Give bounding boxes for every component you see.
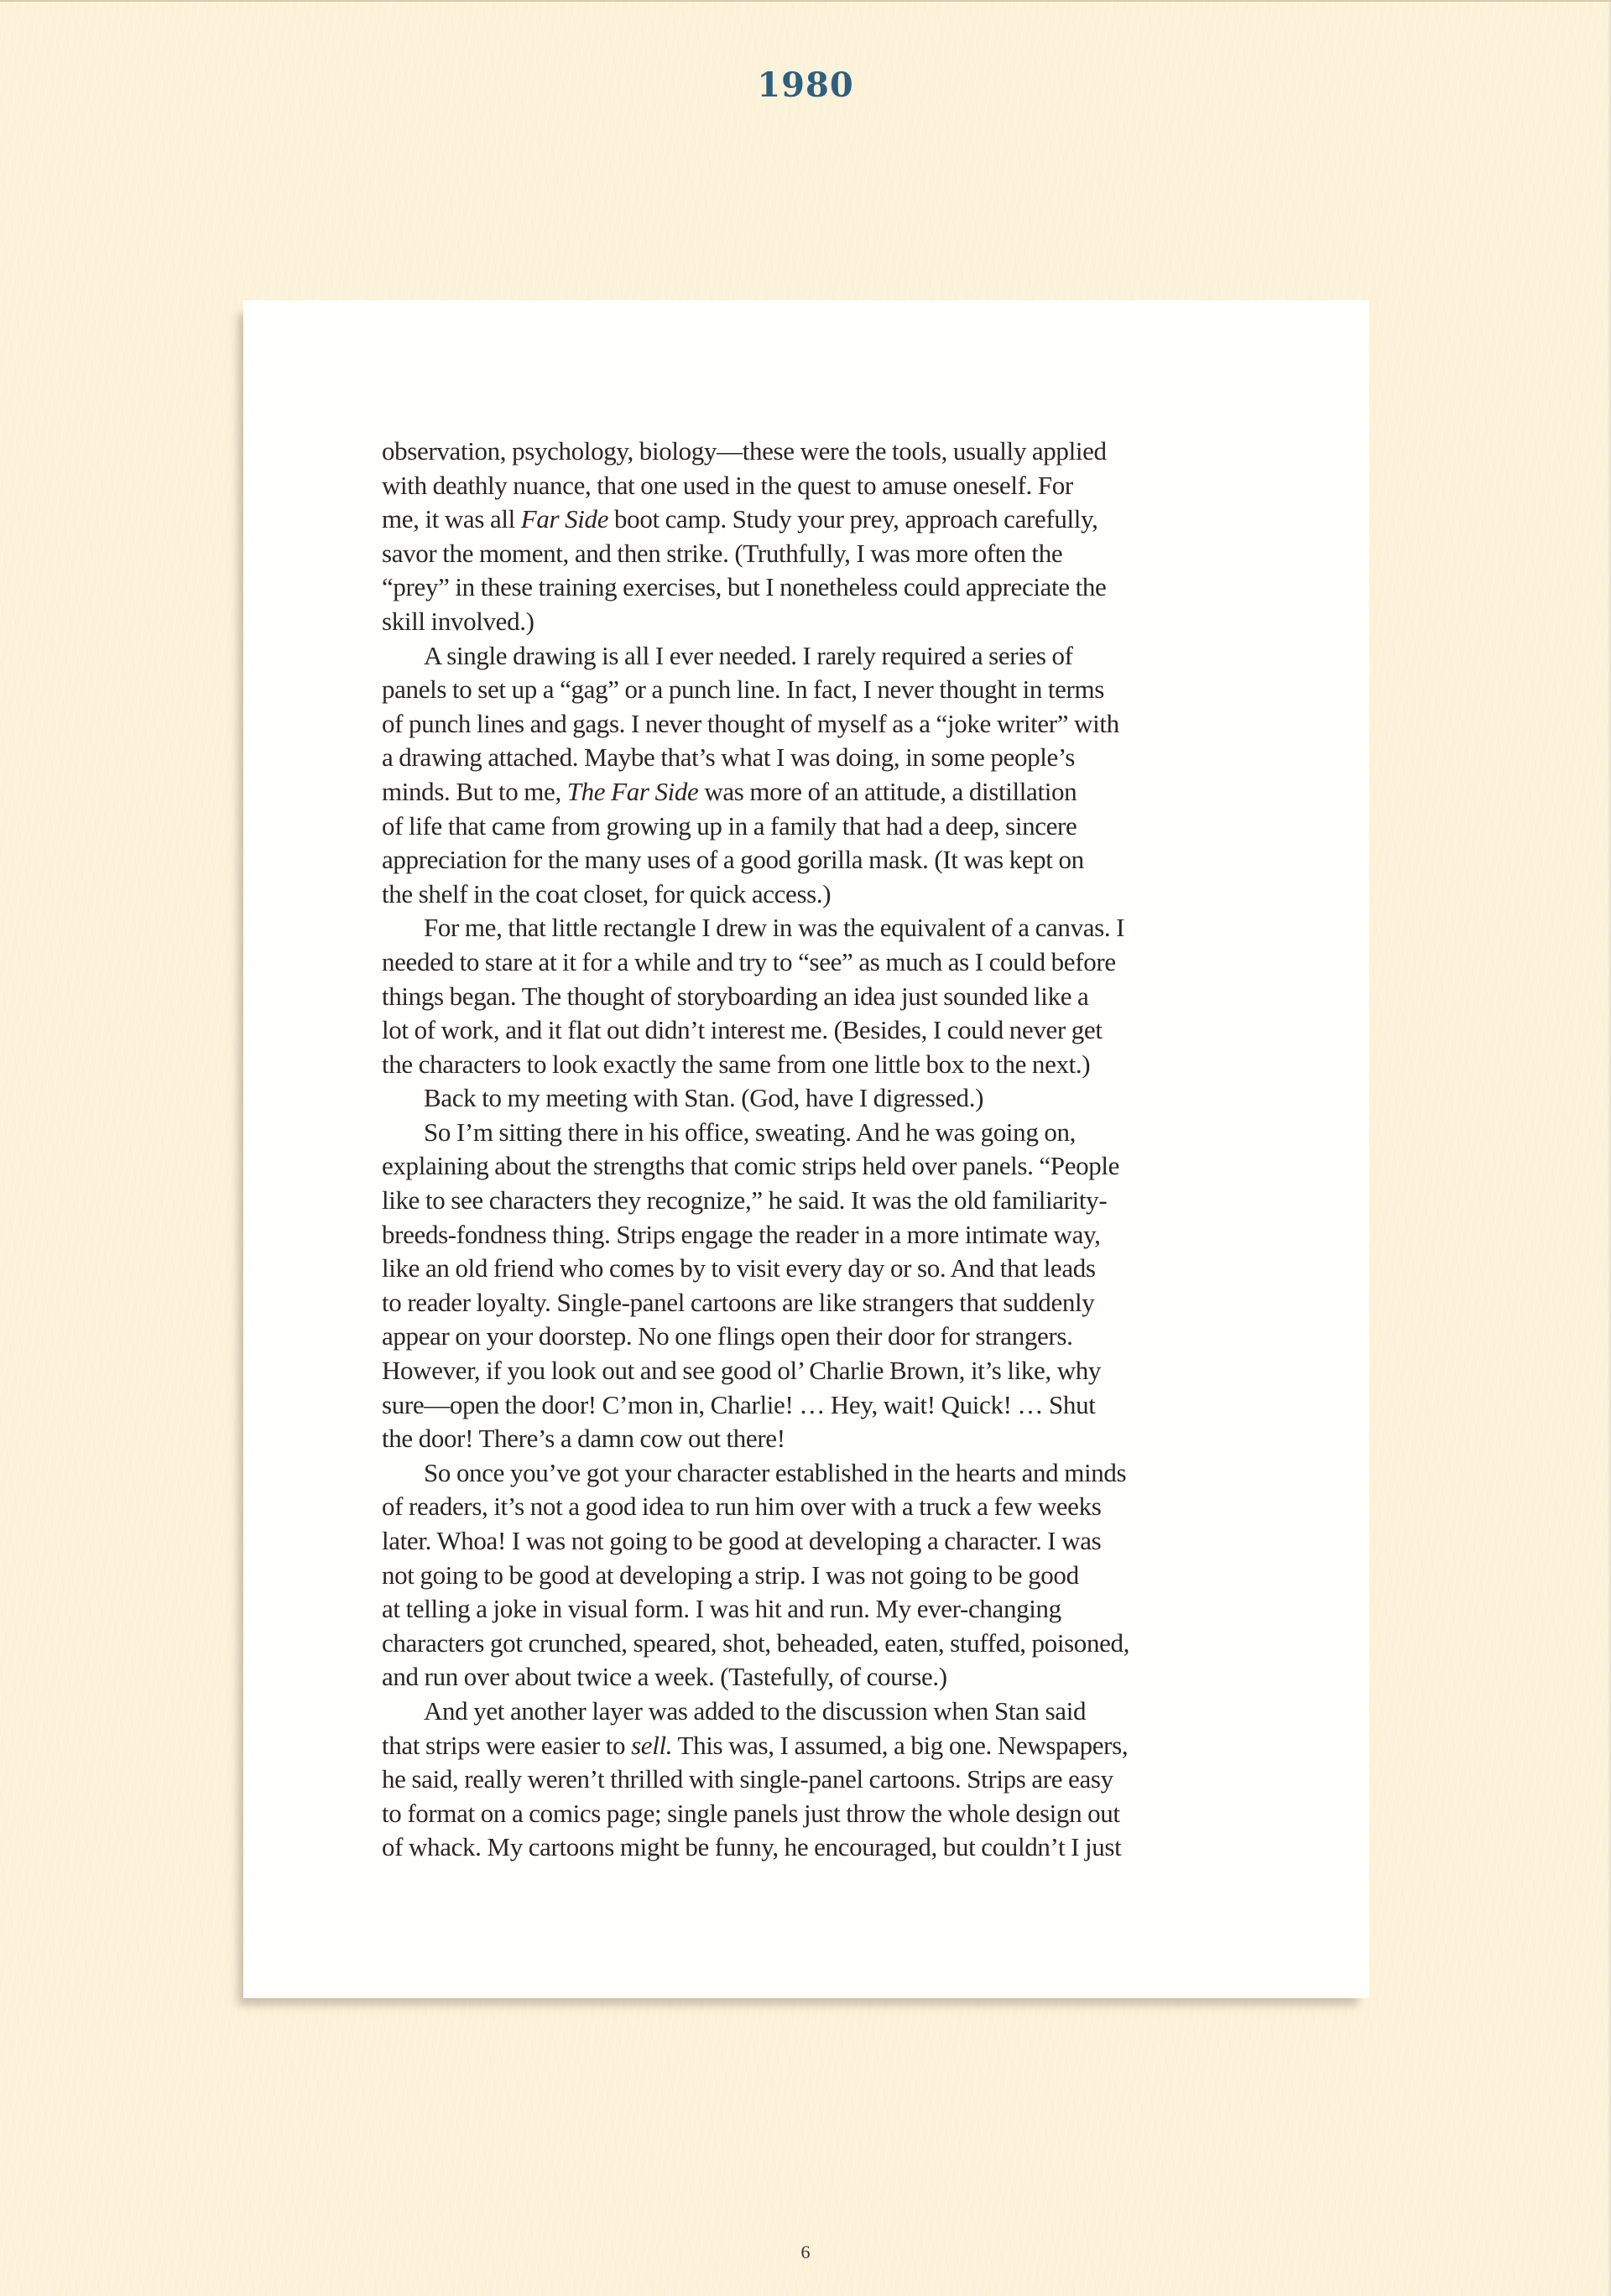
text-run: lot of work, and it flat out didn’t inte… — [382, 1015, 1103, 1044]
text-run: So once you’ve got your character establ… — [424, 1458, 1126, 1487]
text-line: So I’m sitting there in his office, swea… — [382, 1116, 1254, 1150]
text-run: appear on your doorstep. No one flings o… — [382, 1321, 1073, 1351]
text-line: not going to be good at developing a str… — [382, 1559, 1254, 1593]
text-run: a drawing attached. Maybe that’s what I … — [382, 742, 1075, 772]
text-run: boot camp. Study your prey, approach car… — [608, 504, 1097, 534]
text-run: later. Whoa! I was not going to be good … — [382, 1526, 1101, 1555]
text-run: he said, really weren’t thrilled with si… — [382, 1764, 1113, 1794]
text-line: For me, that little rectangle I drew in … — [382, 911, 1254, 945]
text-run: This was, I assumed, a big one. Newspape… — [672, 1731, 1128, 1760]
text-run: explaining about the strengths that comi… — [382, 1151, 1119, 1180]
text-run: the shelf in the coat closet, for quick … — [382, 879, 831, 909]
scan-top-edge — [0, 0, 1611, 2]
text-line: like an old friend who comes by to visit… — [382, 1252, 1254, 1286]
text-line: of life that came from growing up in a f… — [382, 810, 1254, 844]
text-run: to format on a comics page; single panel… — [382, 1799, 1120, 1828]
paragraph: A single drawing is all I ever needed. I… — [382, 639, 1254, 912]
text-line: A single drawing is all I ever needed. I… — [382, 639, 1254, 674]
text-run: So I’m sitting there in his office, swea… — [424, 1117, 1076, 1147]
text-line: like to see characters they recognize,” … — [382, 1184, 1254, 1218]
text-line: appreciation for the many uses of a good… — [382, 843, 1254, 877]
text-line: panels to set up a “gag” or a punch line… — [382, 673, 1254, 707]
text-line: to reader loyalty. Single-panel cartoons… — [382, 1286, 1254, 1320]
text-run: that strips were easier to — [382, 1731, 631, 1760]
text-line: observation, psychology, biology—these w… — [382, 435, 1254, 469]
text-run: observation, psychology, biology—these w… — [382, 436, 1107, 466]
text-run: savor the moment, and then strike. (Trut… — [382, 539, 1062, 568]
text-card: observation, psychology, biology—these w… — [243, 300, 1369, 1998]
text-run: to reader loyalty. Single-panel cartoons… — [382, 1288, 1094, 1317]
paragraph: Back to my meeting with Stan. (God, have… — [382, 1081, 1254, 1116]
text-run: And yet another layer was added to the d… — [424, 1696, 1086, 1726]
text-line: that strips were easier to sell. This wa… — [382, 1729, 1254, 1763]
text-line: of whack. My cartoons might be funny, he… — [382, 1830, 1254, 1865]
text-run: like to see characters they recognize,” … — [382, 1185, 1107, 1215]
text-line: breeds-fondness thing. Strips engage the… — [382, 1218, 1254, 1252]
page-number: 6 — [0, 2241, 1611, 2263]
text-run: skill involved.) — [382, 607, 534, 636]
text-run: and run over about twice a week. (Tastef… — [382, 1662, 947, 1691]
text-run: of punch lines and gags. I never thought… — [382, 709, 1119, 738]
text-line: needed to stare at it for a while and tr… — [382, 945, 1254, 980]
text-run: “prey” in these training exercises, but … — [382, 572, 1106, 601]
text-line: And yet another layer was added to the d… — [382, 1695, 1254, 1729]
text-line: with deathly nuance, that one used in th… — [382, 469, 1254, 503]
text-run: like an old friend who comes by to visit… — [382, 1253, 1096, 1283]
text-run: Back to my meeting with Stan. (God, have… — [424, 1083, 983, 1112]
text-line: he said, really weren’t thrilled with si… — [382, 1762, 1254, 1797]
text-line: at telling a joke in visual form. I was … — [382, 1592, 1254, 1627]
text-line: of readers, it’s not a good idea to run … — [382, 1490, 1254, 1524]
text-line: However, if you look out and see good ol… — [382, 1354, 1254, 1388]
paragraph: observation, psychology, biology—these w… — [382, 435, 1254, 639]
scan-right-edge — [1608, 0, 1611, 2296]
paragraph: So once you’ve got your character establ… — [382, 1456, 1254, 1695]
text-run: minds. But to me, — [382, 777, 567, 806]
text-line: sure—open the door! C’mon in, Charlie! …… — [382, 1388, 1254, 1423]
text-line: later. Whoa! I was not going to be good … — [382, 1524, 1254, 1559]
text-run: of readers, it’s not a good idea to run … — [382, 1492, 1101, 1521]
paragraph: And yet another layer was added to the d… — [382, 1695, 1254, 1865]
text-line: minds. But to me, The Far Side was more … — [382, 775, 1254, 810]
text-line: characters got crunched, speared, shot, … — [382, 1627, 1254, 1661]
text-run: with deathly nuance, that one used in th… — [382, 471, 1073, 500]
text-run: was more of an attitude, a distillation — [698, 777, 1077, 806]
text-run: not going to be good at developing a str… — [382, 1560, 1079, 1590]
text-line: the characters to look exactly the same … — [382, 1048, 1254, 1082]
text-run: characters got crunched, speared, shot, … — [382, 1628, 1129, 1658]
text-line: So once you’ve got your character establ… — [382, 1456, 1254, 1491]
paragraph: For me, that little rectangle I drew in … — [382, 911, 1254, 1081]
body-text: observation, psychology, biology—these w… — [382, 435, 1254, 1865]
italic-title: sell. — [631, 1731, 672, 1760]
text-line: of punch lines and gags. I never thought… — [382, 707, 1254, 742]
text-line: the shelf in the coat closet, for quick … — [382, 877, 1254, 912]
text-run: at telling a joke in visual form. I was … — [382, 1594, 1061, 1623]
text-line: “prey” in these training exercises, but … — [382, 570, 1254, 605]
italic-title: The Far Side — [567, 777, 699, 806]
text-run: needed to stare at it for a while and tr… — [382, 947, 1116, 976]
text-run: breeds-fondness thing. Strips engage the… — [382, 1220, 1101, 1249]
text-line: a drawing attached. Maybe that’s what I … — [382, 741, 1254, 775]
text-run: things began. The thought of storyboardi… — [382, 981, 1088, 1011]
text-run: of life that came from growing up in a f… — [382, 811, 1077, 841]
text-line: and run over about twice a week. (Tastef… — [382, 1660, 1254, 1695]
text-run: sure—open the door! C’mon in, Charlie! …… — [382, 1390, 1095, 1419]
text-run: panels to set up a “gag” or a punch line… — [382, 674, 1104, 704]
text-line: Back to my meeting with Stan. (God, have… — [382, 1081, 1254, 1116]
text-run: For me, that little rectangle I drew in … — [424, 913, 1124, 942]
text-run: appreciation for the many uses of a good… — [382, 845, 1084, 874]
text-run: the characters to look exactly the same … — [382, 1049, 1090, 1079]
text-run: A single drawing is all I ever needed. I… — [424, 641, 1073, 670]
paragraph: So I’m sitting there in his office, swea… — [382, 1116, 1254, 1456]
text-line: appear on your doorstep. No one flings o… — [382, 1320, 1254, 1354]
text-run: However, if you look out and see good ol… — [382, 1356, 1101, 1385]
chapter-year-heading: 1980 — [0, 65, 1611, 105]
text-run: me, it was all — [382, 504, 521, 534]
text-line: the door! There’s a damn cow out there! — [382, 1422, 1254, 1456]
text-line: explaining about the strengths that comi… — [382, 1149, 1254, 1184]
text-line: lot of work, and it flat out didn’t inte… — [382, 1013, 1254, 1048]
text-line: savor the moment, and then strike. (Trut… — [382, 537, 1254, 571]
text-run: the door! There’s a damn cow out there! — [382, 1424, 785, 1453]
italic-title: Far Side — [521, 504, 608, 534]
text-line: things began. The thought of storyboardi… — [382, 980, 1254, 1014]
text-run: of whack. My cartoons might be funny, he… — [382, 1832, 1121, 1861]
text-line: to format on a comics page; single panel… — [382, 1797, 1254, 1831]
text-line: me, it was all Far Side boot camp. Study… — [382, 502, 1254, 537]
text-line: skill involved.) — [382, 605, 1254, 639]
